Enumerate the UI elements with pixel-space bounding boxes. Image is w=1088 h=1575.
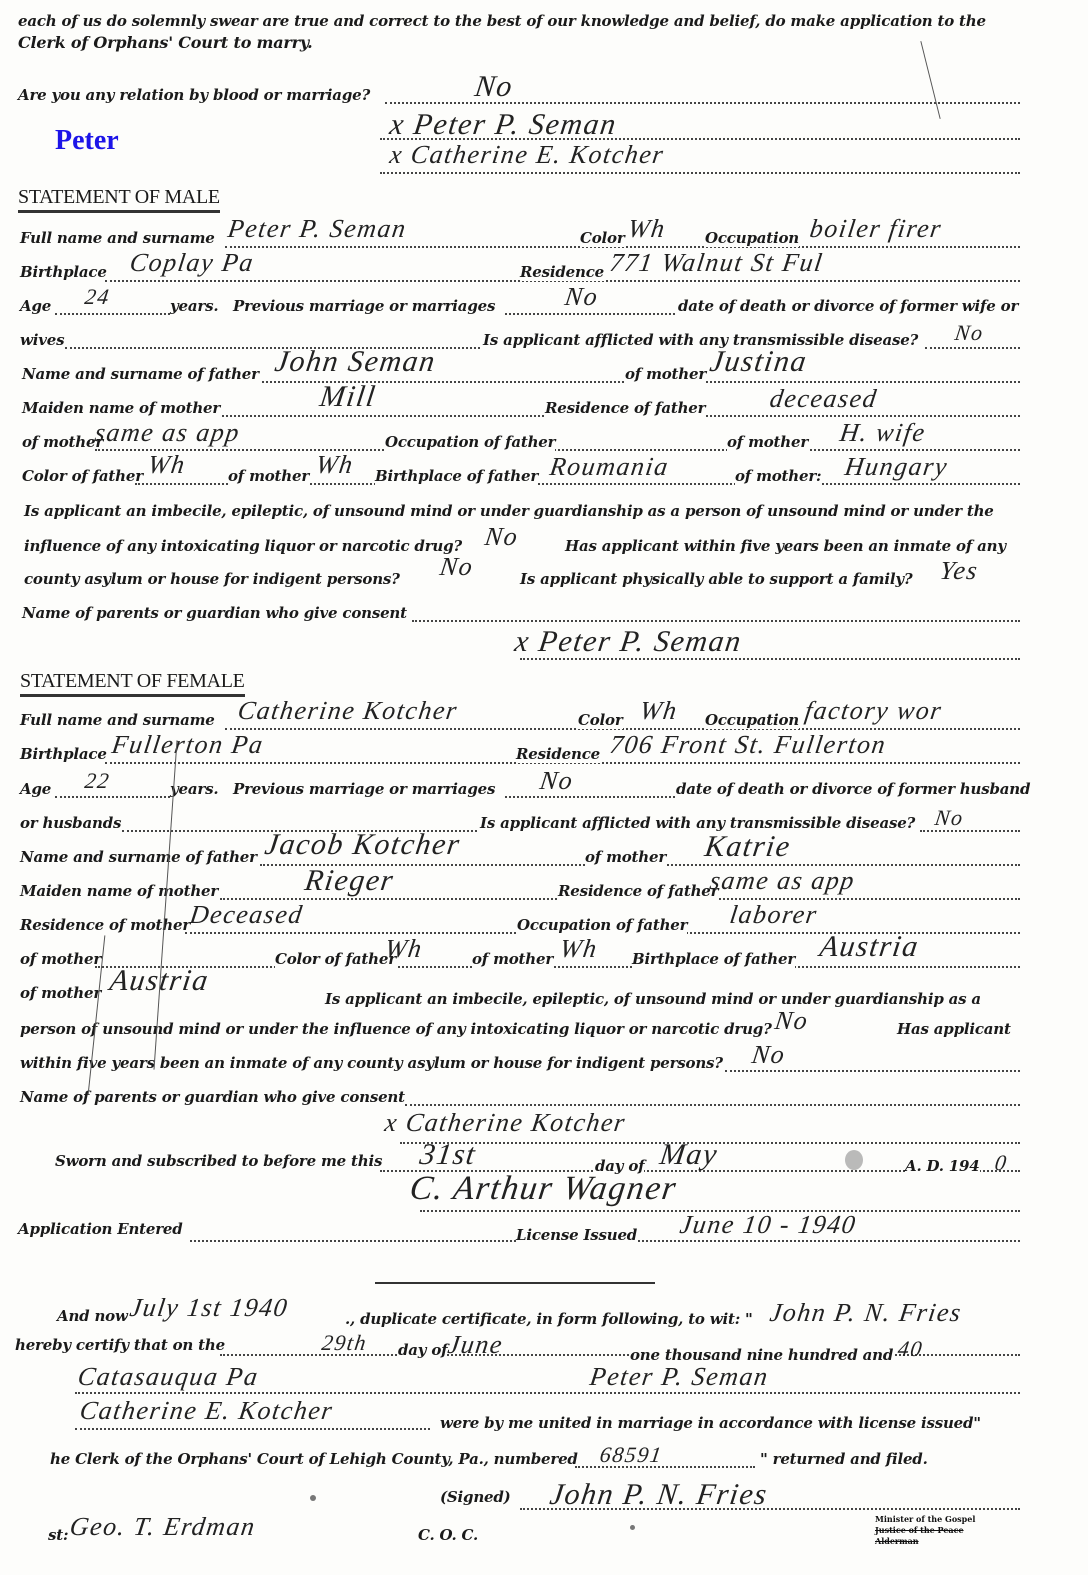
- female-mother-label: of mother: [585, 848, 666, 866]
- dotted-line: [505, 313, 675, 315]
- officiant-title-stamp: Minister of the Gospel Justice of the Pe…: [875, 1514, 975, 1547]
- certificate-license-number: 68591: [598, 1442, 664, 1468]
- female-previous-marriage: No: [538, 766, 576, 796]
- certificate-returned-text: " returned and filed.: [760, 1450, 928, 1468]
- certificate-place: Catasauqua Pa: [76, 1362, 261, 1392]
- certificate-date: July 1st 1940: [128, 1293, 290, 1323]
- male-imbecile: No: [483, 522, 521, 552]
- sworn-label: Sworn and subscribed to before me this: [55, 1152, 382, 1170]
- relation-answer: No: [473, 70, 516, 104]
- scan-speck: [310, 1495, 316, 1501]
- male-disease-label: Is applicant afflicted with any transmis…: [483, 331, 918, 349]
- intro-line-2: Clerk of Orphans' Court to marry.: [18, 33, 313, 52]
- dotted-line: [55, 796, 170, 798]
- female-birthplace-father: Austria: [818, 930, 922, 964]
- scan-smudge: [845, 1150, 863, 1170]
- male-consent-label: Name of parents or guardian who give con…: [22, 604, 407, 622]
- male-birthplace: Coplay Pa: [128, 248, 256, 278]
- dotted-line: [412, 620, 1020, 622]
- female-mother-name: Katrie: [703, 830, 793, 864]
- male-imbecile-line-1: Is applicant an imbecile, epileptic, of …: [24, 502, 994, 520]
- dotted-line: [55, 313, 170, 315]
- marriage-license-document: each of us do solemnly swear are true an…: [0, 0, 1088, 1575]
- male-death-divorce-label: date of death or divorce of former wife …: [678, 297, 1018, 315]
- female-previous-marriage-label: Previous marriage or marriages: [233, 780, 495, 798]
- male-occupation-father-label: Occupation of father: [385, 433, 555, 451]
- male-occupation: boiler firer: [808, 214, 944, 244]
- male-residence-mother: same as app: [93, 418, 242, 448]
- intro-line-1: each of us do solemnly swear are true an…: [18, 12, 986, 30]
- male-residence-father-label: Residence of father: [545, 399, 705, 417]
- certificate-hereby-label: hereby certify that on the: [15, 1336, 225, 1354]
- relation-signature-male: x Peter P. Seman: [388, 108, 620, 142]
- sworn-year-digit: 0: [993, 1150, 1009, 1176]
- license-issued-label: License Issued: [516, 1226, 637, 1244]
- female-residence: 706 Front St. Fullerton: [608, 730, 888, 760]
- male-imbecile-line-2: influence of any intoxicating liquor or …: [24, 537, 462, 555]
- female-residence-father: same as app: [708, 866, 857, 896]
- female-husbands-label: or husbands: [20, 814, 121, 832]
- female-residence-father-label: Residence of father: [558, 882, 718, 900]
- annotation-label: Peter: [55, 125, 119, 157]
- relation-label: Are you any relation by blood or marriag…: [18, 86, 370, 104]
- male-occupation-mother: H. wife: [838, 418, 928, 448]
- certificate-groom: Peter P. Seman: [588, 1362, 771, 1392]
- female-years-label: years.: [170, 780, 218, 798]
- male-birthplace-label: Birthplace: [20, 263, 107, 281]
- male-age: 24: [83, 284, 112, 310]
- male-wives-label: wives: [20, 331, 64, 349]
- male-years-label: years.: [170, 297, 218, 315]
- male-color-mother: Wh: [314, 450, 356, 480]
- female-signature: x Catherine Kotcher: [383, 1108, 628, 1138]
- dotted-line: [95, 966, 1020, 968]
- dotted-line: [95, 449, 1020, 451]
- dotted-line: [75, 1428, 430, 1430]
- certificate-attest-label: st:: [48, 1526, 68, 1544]
- female-color-mother: Wh: [558, 934, 600, 964]
- male-disease: No: [953, 320, 985, 346]
- male-color-mother-label: of mother: [228, 467, 309, 485]
- male-support-label: Is applicant physically able to support …: [520, 570, 912, 588]
- certificate-bride: Catherine E. Kotcher: [78, 1396, 335, 1426]
- female-birthplace-mother-label: of mother: [20, 984, 101, 1002]
- female-maiden-name: Rieger: [303, 864, 397, 898]
- male-previous-marriage: No: [563, 282, 601, 312]
- male-previous-marriage-label: Previous marriage or marriages: [233, 297, 495, 315]
- certificate-attest-name: Geo. T. Erdman: [68, 1512, 258, 1542]
- sworn-month: May: [658, 1138, 721, 1172]
- female-birthplace-label: Birthplace: [20, 745, 107, 763]
- male-age-label: Age: [20, 297, 51, 315]
- female-maiden-label: Maiden name of mother: [20, 882, 218, 900]
- male-birthplace-mother-label: of mother:: [735, 467, 821, 485]
- female-age: 22: [83, 768, 112, 794]
- male-father-name-label: Name and surname of father: [22, 365, 259, 383]
- certificate-signed-label: (Signed): [440, 1488, 511, 1506]
- male-residence: 771 Walnut St Ful: [608, 248, 825, 278]
- application-entered-label: Application Entered: [18, 1220, 183, 1238]
- female-heading: STATEMENT OF FEMALE: [20, 670, 245, 697]
- female-death-divorce-label: date of death or divorce of former husba…: [676, 780, 1030, 798]
- male-birthplace-father-label: Birthplace of father: [375, 467, 538, 485]
- certificate-day: 29th: [320, 1330, 369, 1356]
- male-inmate: No: [438, 552, 476, 582]
- certificate-year: 40: [896, 1336, 925, 1362]
- female-color-label: Color: [578, 711, 623, 729]
- scan-speck: [630, 1525, 635, 1530]
- female-inmate-line-1: Has applicant: [897, 1020, 1011, 1038]
- license-issued-date: June 10 - 1940: [678, 1210, 858, 1240]
- male-support: Yes: [938, 556, 980, 586]
- male-mother-name: Justina: [708, 345, 810, 379]
- male-color-father-label: Color of father: [22, 467, 143, 485]
- stamp-line-minister: Minister of the Gospel: [875, 1514, 975, 1525]
- certificate-attest-suffix: C. O. C.: [418, 1526, 478, 1544]
- female-occupation-mother-label: of mother: [20, 950, 101, 968]
- female-occupation-label: Occupation: [705, 711, 799, 729]
- male-maiden-label: Maiden name of mother: [22, 399, 220, 417]
- male-birthplace-mother: Hungary: [843, 452, 950, 482]
- sworn-year-label: A. D. 194: [905, 1157, 980, 1175]
- sworn-official-signature: C. Arthur Wagner: [407, 1170, 679, 1208]
- male-residence-father: deceased: [768, 384, 879, 414]
- scan-stroke: [920, 41, 940, 119]
- female-occupation-father: laborer: [728, 900, 820, 930]
- dotted-line: [725, 1070, 1020, 1072]
- dotted-line: [75, 1392, 1020, 1394]
- female-consent-label: Name of parents or guardian who give con…: [20, 1088, 405, 1106]
- female-occupation-father-label: Occupation of father: [517, 916, 687, 934]
- female-imbecile-line-2: person of unsound mind or under the infl…: [20, 1020, 772, 1038]
- female-father-name: Jacob Kotcher: [263, 828, 463, 862]
- male-birthplace-father: Roumania: [548, 452, 671, 482]
- male-of-mother-label: of mother: [22, 433, 103, 451]
- female-residence-mother: Deceased: [188, 900, 305, 930]
- male-inmate-line-1: Has applicant within five years been an …: [565, 537, 1006, 555]
- male-signature: x Peter P. Seman: [513, 625, 745, 659]
- female-color-mother-label: of mother: [472, 950, 553, 968]
- male-maiden-name: Mill: [318, 380, 379, 414]
- male-full-name: Peter P. Seman: [226, 214, 409, 244]
- male-residence-label: Residence: [520, 263, 604, 281]
- certificate-signed-name: John P. N. Fries: [548, 1478, 770, 1512]
- female-inmate-line-2: within five years been an inmate of any …: [20, 1054, 723, 1072]
- relation-signature-female: x Catherine E. Kotcher: [388, 140, 666, 170]
- female-full-name: Catherine Kotcher: [236, 696, 460, 726]
- male-color-father: Wh: [146, 450, 188, 480]
- female-father-name-label: Name and surname of father: [20, 848, 257, 866]
- divider-rule: [375, 1282, 655, 1284]
- stamp-line-justice: Justice of the Peace: [875, 1525, 975, 1536]
- dotted-line: [380, 172, 1020, 174]
- certificate-united-text: were by me united in marriage in accorda…: [440, 1414, 981, 1432]
- male-occupation-mother-label: of mother: [727, 433, 808, 451]
- male-mother-label: of mother: [625, 365, 706, 383]
- dotted-line: [505, 796, 675, 798]
- dotted-line: [405, 1104, 1020, 1106]
- female-residence-label: Residence: [516, 745, 600, 763]
- dotted-line: [925, 347, 1020, 349]
- male-occupation-label: Occupation: [705, 229, 799, 247]
- female-birthplace-father-label: Birthplace of father: [632, 950, 795, 968]
- male-inmate-line-2: county asylum or house for indigent pers…: [24, 570, 400, 588]
- female-age-label: Age: [20, 780, 51, 798]
- female-inmate: No: [750, 1040, 788, 1070]
- male-color-label: Color: [580, 229, 625, 247]
- male-color: Wh: [626, 214, 668, 244]
- female-disease: No: [933, 805, 965, 831]
- male-full-name-label: Full name and surname: [20, 229, 215, 247]
- male-father-name: John Seman: [273, 345, 439, 379]
- sworn-day: 31st: [418, 1138, 479, 1172]
- stamp-line-alderman: Alderman: [875, 1536, 975, 1547]
- certificate-day-of-label: day of: [398, 1341, 447, 1359]
- certificate-month: June: [446, 1330, 505, 1360]
- female-disease-label: Is applicant afflicted with any transmis…: [480, 814, 915, 832]
- female-color-father-label: Color of father: [275, 950, 396, 968]
- female-imbecile-line-1: Is applicant an imbecile, epileptic, of …: [325, 990, 981, 1008]
- male-heading: STATEMENT OF MALE: [18, 186, 220, 213]
- female-birthplace: Fullerton Pa: [110, 730, 266, 760]
- female-color-father: Wh: [383, 934, 425, 964]
- female-full-name-label: Full name and surname: [20, 711, 215, 729]
- certificate-officiant: John P. N. Fries: [768, 1298, 964, 1328]
- female-color: Wh: [638, 696, 680, 726]
- certificate-clerk-text: he Clerk of the Orphans' Court of Lehigh…: [50, 1450, 578, 1468]
- certificate-and-now-label: And now: [57, 1307, 128, 1325]
- female-occupation: factory wor: [803, 696, 944, 726]
- certificate-duplicate-text: ., duplicate certificate, in form follow…: [345, 1310, 753, 1328]
- female-imbecile: No: [773, 1006, 811, 1036]
